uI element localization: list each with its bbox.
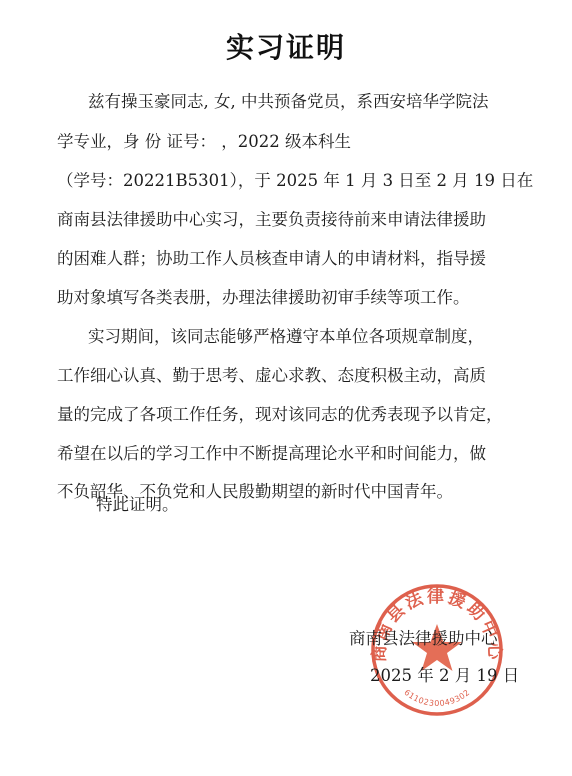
text-line: 商南县法律援助中心实习，主要负责接待前来申请法律援助 [57, 209, 486, 231]
text-line: 实习期间，该同志能够严格遵守本单位各项规章制度， [88, 326, 484, 348]
signature-date: 2025 年 2 月 19 日 [370, 662, 519, 686]
text-line: 希望在以后的学习工作中不断提高理论水平和时间能力，做 [57, 443, 486, 465]
text-line: 助对象填写各类表册，办理法律援助初审手续等项工作。 [57, 287, 470, 309]
text-line: 量的完成了各项工作任务，现对该同志的优秀表现予以肯定， [57, 404, 503, 426]
closing-statement: 特此证明。 [96, 494, 179, 516]
text-line: 兹有操玉豪同志, 女, 中共预备党员，系西安培华学院法 [88, 91, 488, 113]
document-title: 实习证明 [0, 26, 572, 66]
text-line: 的困难人群；协助工作人员核查申请人的申请材料，指导援 [57, 248, 486, 270]
seal-number: 6110230049302 [402, 688, 471, 708]
text-line: （学号：20221B5301），于 2025 年 1 月 3 日至 2 月 19… [57, 170, 533, 192]
text-line: 学专业，身 份 证号： ，2022 级本科生 [57, 131, 351, 153]
signature-organization: 商南县法律援助中心 [349, 625, 498, 649]
official-seal: 商南县法律援助中心 6110230049302 [369, 582, 505, 718]
text-line: 工作细心认真、勤于思考、虚心求教、态度积极主动，高质 [57, 365, 486, 387]
